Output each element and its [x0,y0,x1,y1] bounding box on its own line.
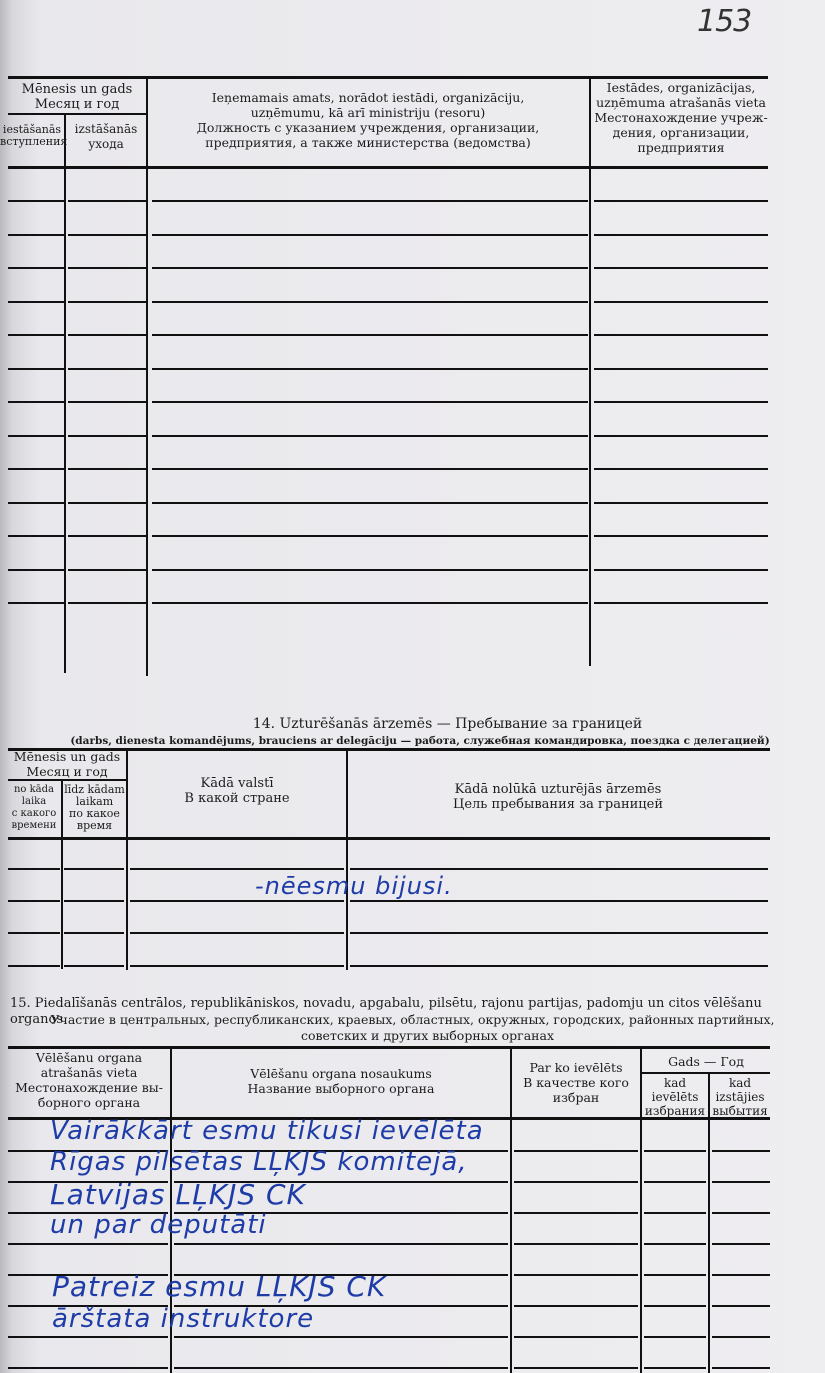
header-month-year: Mēnesis un gads Месяц и год [8,749,126,779]
subheader-divider [8,779,126,781]
row-rule [712,1274,770,1276]
row-rule [350,900,768,902]
header-purpose: Kādā nolūkā uzturējās ārzemēs Цель пребы… [348,782,768,812]
row-rule [8,602,64,604]
section14-subtitle: (darbs, dienesta komandējums, brauciens … [40,735,800,747]
handwritten-line-1: Vairākkārt esmu tikusi ievēlēta [50,1116,484,1146]
row-rule [712,1305,770,1307]
row-rule [712,1336,770,1338]
row-rule [68,435,146,437]
row-rule [594,435,768,437]
row-rule [8,401,64,403]
row-rule [174,1336,508,1338]
row-rule [514,1336,638,1338]
row-rule [712,1367,770,1369]
row-rule [68,535,146,537]
section15-title-ru1: Участие в центральных, республиканских, … [0,1012,825,1028]
row-rule [8,468,64,470]
section14-title: 14. Uzturēšanās ārzemēs — Пребывание за … [0,716,825,732]
row-rule [8,368,64,370]
row-rule [152,435,588,437]
row-rule [152,535,588,537]
row-rule [712,1150,770,1152]
subheader-divider [642,1072,770,1074]
header-position: Ieņemamais amats, norādot iestādi, organ… [148,90,588,150]
header-country: Kādā valstī В какой стране [128,776,346,806]
header-year: Gads — Год [642,1054,770,1069]
row-rule [152,602,588,604]
handwritten-line-6: ārštata instruktore [52,1304,314,1334]
header-as-whom: Par ko ievēlēts В качестве кого избран [512,1060,640,1105]
row-rule [514,1305,638,1307]
row-rule [712,1181,770,1183]
header-body-name: Vēlēšanu organa nosaukums Название выбор… [172,1066,510,1096]
row-rule [68,602,146,604]
row-rule [712,1212,770,1214]
row-rule [174,1367,508,1369]
row-rule [152,502,588,504]
row-rule [644,1336,706,1338]
row-rule [152,200,588,202]
row-rule [64,900,124,902]
row-rule [644,1367,706,1369]
handwritten-line-2: Rīgas pilsētas LĻKJS komitejā, [50,1147,468,1177]
section15-title-ru2: советских и других выборных органах [0,1028,825,1044]
row-rule [8,234,64,236]
row-rule [594,401,768,403]
row-rule [64,965,124,967]
row-rule [8,200,64,202]
row-rule [152,301,588,303]
header-bottom-border [8,837,770,840]
row-rule [152,234,588,236]
row-rule [130,900,344,902]
header-from: no kāda laika с какого времени [5,784,63,832]
row-rule [8,965,60,967]
table-top-border [8,76,768,79]
row-rule [68,502,146,504]
header-elected: kad ievēlēts избрания [642,1076,708,1118]
handwritten-line-3: Latvijas LĻKJS CK [50,1178,306,1211]
row-rule [130,932,344,934]
row-rule [594,301,768,303]
row-rule [8,267,64,269]
row-rule [644,1243,706,1245]
handwritten-abroad-entry: -nēesmu bijusi. [255,872,453,900]
row-rule [8,1336,168,1338]
row-rule [514,1181,638,1183]
row-rule [594,569,768,571]
row-rule [130,868,344,870]
row-rule [644,1150,706,1152]
row-rule [514,1243,638,1245]
row-rule [712,1243,770,1245]
row-rule [174,1243,508,1245]
row-rule [68,401,146,403]
row-rule [644,1181,706,1183]
row-rule [644,1305,706,1307]
row-rule [8,932,60,934]
row-rule [8,900,60,902]
row-rule [68,267,146,269]
row-rule [8,334,64,336]
row-rule [594,267,768,269]
row-rule [8,1243,168,1245]
row-rule [350,868,768,870]
row-rule [350,965,768,967]
row-rule [152,368,588,370]
header-location: Vēlēšanu organa atrašanās vieta Местонах… [8,1050,170,1110]
row-rule [594,368,768,370]
handwritten-line-5: Patreiz esmu LĻKJS CK [52,1270,386,1303]
row-rule [514,1212,638,1214]
row-rule [8,569,64,571]
row-rule [594,502,768,504]
row-rule [594,234,768,236]
header-left: kad izstājies выбытия [710,1076,770,1118]
row-rule [130,965,344,967]
row-rule [8,535,64,537]
row-rule [594,602,768,604]
table-top-border [8,1046,770,1049]
row-rule [152,569,588,571]
row-rule [8,502,64,504]
row-rule [8,301,64,303]
row-rule [152,334,588,336]
header-end: izstāšanās ухода [66,122,146,152]
page-number: 153 [697,4,751,39]
row-rule [64,868,124,870]
row-rule [68,334,146,336]
row-rule [68,234,146,236]
subheader-divider [8,113,146,115]
handwritten-line-4: un par deputāti [50,1210,267,1240]
row-rule [68,569,146,571]
row-rule [8,435,64,437]
header-location: Iestādes, organizācijas, uzņēmuma atraša… [591,80,771,155]
row-rule [68,301,146,303]
row-rule [644,1274,706,1276]
row-rule [594,200,768,202]
header-month-year: Mēnesis un gads Месяц и год [8,82,146,112]
row-rule [594,535,768,537]
row-rule [514,1274,638,1276]
header-bottom-border [8,166,768,169]
row-rule [594,334,768,336]
row-rule [68,468,146,470]
row-rule [152,267,588,269]
row-rule [350,932,768,934]
column-divider [64,113,66,673]
row-rule [152,401,588,403]
header-to: līdz kādam laikam по какое время [63,784,126,832]
row-rule [8,1367,168,1369]
row-rule [152,468,588,470]
row-rule [64,932,124,934]
header-start: iestāšanās вступления [0,124,64,148]
row-rule [514,1150,638,1152]
row-rule [68,368,146,370]
column-divider [589,76,591,666]
row-rule [644,1212,706,1214]
row-rule [594,468,768,470]
row-rule [8,868,60,870]
row-rule [514,1367,638,1369]
row-rule [68,200,146,202]
